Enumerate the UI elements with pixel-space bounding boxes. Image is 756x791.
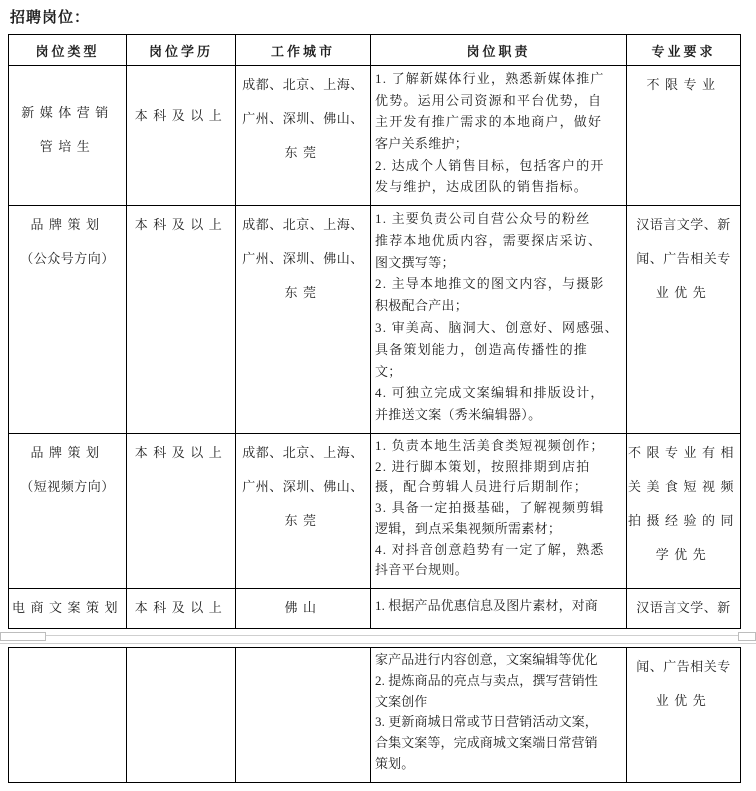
cell-major-requirement-line: 闻、广告相关专 [628,650,739,684]
table-split-handle-right [738,632,756,641]
cell-duties: 1. 主要负责公司自营公众号的粉丝推荐本地优质内容，需要探店采访、图文撰写等；2… [371,206,627,434]
cell-education: 本科及以上 [127,206,236,434]
cell-duties-line: 4. 可独立完成文案编辑和排版设计， [372,382,625,404]
cell-position-type-line: （短视频方向） [10,470,125,504]
page-title: 招聘岗位： [10,6,748,27]
cell-work-city-line: 成都、北京、上海、 [237,436,369,470]
cell-work-city-line: 东莞 [237,136,369,170]
table-row: 新媒体营销管培生本科及以上成都、北京、上海、广州、深圳、佛山、东莞1. 了解新媒… [9,66,741,206]
cell-major-requirement-line: 汉语言文学、新 [628,208,739,242]
cell-position-type: 品牌策划（短视频方向） [9,434,127,589]
cell-major-requirement-line: 不限专业 [628,68,739,102]
cell-duties-line: 3. 审美高、脑洞大、创意好、网感强、 [372,317,625,339]
cell-position-type-line: 品牌策划 [10,208,125,242]
cell-position-type [9,648,127,783]
cell-work-city: 成都、北京、上海、广州、深圳、佛山、东莞 [236,434,371,589]
cell-duties: 1. 了解新媒体行业，熟悉新媒体推广优势。运用公司资源和平台优势，自主开发有推广… [371,66,627,206]
cell-duties-line: 积极配合产出； [372,295,625,317]
table-body: 新媒体营销管培生本科及以上成都、北京、上海、广州、深圳、佛山、东莞1. 了解新媒… [9,66,741,629]
cell-work-city: 成都、北京、上海、广州、深圳、佛山、东莞 [236,206,371,434]
cell-major-requirement-line: 汉语言文学、新 [628,591,739,625]
cell-duties-line: 4. 对抖音创意趋势有一定了解，熟悉 [372,540,625,561]
cell-education-line: 本科及以上 [128,591,234,625]
cell-duties-line: 优势。运用公司资源和平台优势，自 [372,90,625,112]
cell-duties-line: 3. 具备一定拍摄基础，了解视频剪辑 [372,498,625,519]
cell-duties-line: 主开发有推广需求的本地商户，做好 [372,111,625,133]
table-row: 电商文案策划本科及以上佛山1. 根据产品优惠信息及图片素材，对商汉语言文学、新 [9,589,741,629]
recruitment-table-continuation: 家产品进行内容创意，文案编辑等优化2. 提炼商品的亮点与卖点，撰写营销性文案创作… [8,647,741,783]
cell-position-type: 电商文案策划 [9,589,127,629]
column-header-major-requirement: 专业要求 [627,35,741,66]
cell-work-city: 成都、北京、上海、广州、深圳、佛山、东莞 [236,66,371,206]
cell-duties-line: 发与维护，达成团队的销售指标。 [372,176,625,198]
cell-work-city-line: 佛山 [237,591,369,625]
page-break-rule [0,635,756,636]
cell-major-requirement-line: 闻、广告相关专 [628,242,739,276]
cell-work-city-line: 成都、北京、上海、 [237,68,369,102]
cell-major-requirement: 汉语言文学、新 [627,589,741,629]
cell-duties-line: 家产品进行内容创意，文案编辑等优化 [372,650,625,671]
cell-position-type-line: （公众号方向） [10,242,125,276]
column-header-position-type: 岗位类型 [9,35,127,66]
cell-position-type-line: 电商文案策划 [10,591,125,625]
cell-duties-line: 摄，配合剪辑人员进行后期制作； [372,477,625,498]
cell-duties-line: 1. 了解新媒体行业，熟悉新媒体推广 [372,68,625,90]
cell-duties-line: 2. 提炼商品的亮点与卖点，撰写营销性 [372,671,625,692]
cell-duties-line: 2. 进行脚本策划，按照排期到店拍 [372,457,625,478]
cell-position-type-line: 品牌策划 [10,436,125,470]
cell-duties-line: 图文撰写等； [372,252,625,274]
cell-work-city: 佛山 [236,589,371,629]
page-break-rule [0,643,756,644]
cell-education: 本科及以上 [127,434,236,589]
cell-work-city-line: 广州、深圳、佛山、 [237,242,369,276]
cell-work-city-line: 东莞 [237,276,369,310]
document-page: 招聘岗位： 岗位类型 岗位学历 工作城市 岗位职责 专业要求 新媒体营销管培生本… [0,0,756,783]
cell-major-requirement: 汉语言文学、新闻、广告相关专业优先 [627,206,741,434]
table-split-handle-left [0,632,46,641]
table-row-continuation: 家产品进行内容创意，文案编辑等优化2. 提炼商品的亮点与卖点，撰写营销性文案创作… [9,648,741,783]
cell-education-line: 本科及以上 [128,436,234,470]
cell-position-type-line: 管培生 [10,130,125,164]
cell-work-city-line: 广州、深圳、佛山、 [237,470,369,504]
cell-position-type: 品牌策划（公众号方向） [9,206,127,434]
cell-work-city-line: 成都、北京、上海、 [237,208,369,242]
table-row: 品牌策划（短视频方向）本科及以上成都、北京、上海、广州、深圳、佛山、东莞1. 负… [9,434,741,589]
cell-major-requirement-line: 业优先 [628,684,739,718]
cell-position-type-line: 新媒体营销 [10,96,125,130]
cell-duties-line: 文； [372,361,625,383]
cell-duties-line: 1. 主要负责公司自营公众号的粉丝 [372,208,625,230]
cell-duties-line: 策划。 [372,754,625,775]
cell-major-requirement-line: 拍摄经验的同 [628,504,739,538]
column-header-duties: 岗位职责 [371,35,627,66]
cell-duties-line: 推荐本地优质内容，需要探店采访、 [372,230,625,252]
cell-duties-line: 合集文案等，完成商城文案端日常营销 [372,733,625,754]
cell-education: 本科及以上 [127,66,236,206]
cell-duties-line: 逻辑，到点采集视频所需素材； [372,519,625,540]
cell-major-requirement-line: 不限专业有相 [628,436,739,470]
cell-work-city [236,648,371,783]
cell-major-requirement-line: 业优先 [628,276,739,310]
cell-education [127,648,236,783]
cell-position-type: 新媒体营销管培生 [9,66,127,206]
cell-duties: 1. 负责本地生活美食类短视频创作；2. 进行脚本策划，按照排期到店拍摄，配合剪… [371,434,627,589]
column-header-education: 岗位学历 [127,35,236,66]
cell-major-requirement-line: 关美食短视频 [628,470,739,504]
cell-duties-line: 并推送文案（秀米编辑器）。 [372,404,625,426]
cell-work-city-line: 东莞 [237,504,369,538]
cell-duties-line: 文案创作 [372,692,625,713]
cell-major-requirement: 闻、广告相关专业优先 [627,648,741,783]
continuation-table-body: 家产品进行内容创意，文案编辑等优化2. 提炼商品的亮点与卖点，撰写营销性文案创作… [9,648,741,783]
cell-duties: 1. 根据产品优惠信息及图片素材，对商 [371,589,627,629]
cell-major-requirement-line: 学优先 [628,538,739,572]
recruitment-table: 岗位类型 岗位学历 工作城市 岗位职责 专业要求 新媒体营销管培生本科及以上成都… [8,34,741,629]
cell-work-city-line: 广州、深圳、佛山、 [237,102,369,136]
cell-duties-line: 客户关系维护； [372,133,625,155]
cell-duties-line: 1. 负责本地生活美食类短视频创作； [372,436,625,457]
cell-education: 本科及以上 [127,589,236,629]
cell-major-requirement: 不限专业 [627,66,741,206]
cell-duties-line: 2. 达成个人销售目标，包括客户的开 [372,155,625,177]
cell-major-requirement: 不限专业有相关美食短视频拍摄经验的同学优先 [627,434,741,589]
cell-duties-line: 抖音平台规则。 [372,560,625,581]
cell-duties-line: 2. 主导本地推文的图文内容，与摄影 [372,273,625,295]
header-row: 岗位类型 岗位学历 工作城市 岗位职责 专业要求 [9,35,741,66]
cell-duties-line: 3. 更新商城日常或节日营销活动文案， [372,712,625,733]
cell-education-line: 本科及以上 [128,99,234,133]
page-break [0,629,756,647]
cell-duties: 家产品进行内容创意，文案编辑等优化2. 提炼商品的亮点与卖点，撰写营销性文案创作… [371,648,627,783]
cell-duties-line: 具备策划能力，创造高传播性的推 [372,339,625,361]
cell-education-line: 本科及以上 [128,208,234,242]
table-row: 品牌策划（公众号方向）本科及以上成都、北京、上海、广州、深圳、佛山、东莞1. 主… [9,206,741,434]
column-header-work-city: 工作城市 [236,35,371,66]
cell-duties-line: 1. 根据产品优惠信息及图片素材，对商 [372,591,625,621]
